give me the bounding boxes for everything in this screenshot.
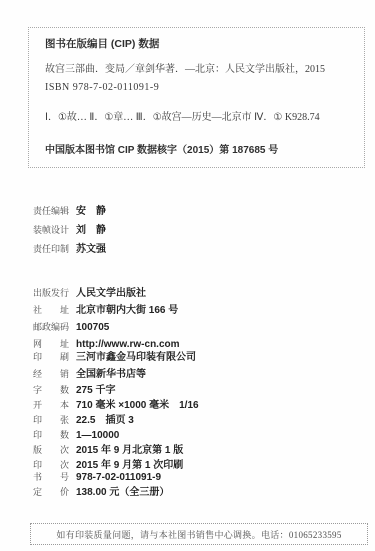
- field-label: 开 本: [33, 398, 71, 413]
- field-value: 275 千字: [76, 383, 115, 398]
- field-value: 1—10000: [76, 428, 119, 443]
- field-value: 138.00 元（全三册）: [76, 485, 169, 500]
- quality-note: 如有印装质量问题，请与本社图书销售中心调换。电话：01065233595: [56, 530, 341, 540]
- field-label: 装帧设计: [33, 221, 71, 239]
- printing-group: 印 刷 三河市鑫金马印装有限公司 经 销 全国新华书店等: [33, 349, 363, 383]
- field-value: 人民文学出版社: [76, 286, 146, 302]
- row-responsible-printer: 责任印制 苏文强: [33, 240, 363, 259]
- field-value: 刘 静: [76, 222, 106, 240]
- field-value: 安 静: [76, 203, 106, 221]
- row-publisher: 出版发行 人民文学出版社: [33, 285, 363, 302]
- field-value: 978-7-02-011091-9: [76, 470, 161, 485]
- field-label: 书 号: [33, 470, 71, 485]
- field-label: 印 数: [33, 428, 71, 443]
- field-label: 邮政编码: [33, 319, 71, 335]
- field-value: 2015 年 9 月北京第 1 版: [76, 443, 183, 458]
- field-label: 社 址: [33, 302, 71, 318]
- row-responsible-editor: 责任编辑 安 静: [33, 202, 363, 221]
- field-label: 定 价: [33, 485, 71, 500]
- row-book-number: 书 号 978-7-02-011091-9: [33, 470, 363, 485]
- row-print-run: 印 数 1—10000: [33, 428, 363, 443]
- field-label: 印 张: [33, 413, 71, 428]
- specs-group: 字 数 275 千字 开 本 710 毫米 ×1000 毫米 1/16 印 张 …: [33, 383, 363, 473]
- row-postal-code: 邮政编码 100705: [33, 319, 363, 336]
- field-label: 出版发行: [33, 285, 71, 301]
- cip-isbn-line: ISBN 978-7-02-011091-9: [45, 81, 356, 94]
- cip-title: 图书在版编目 (CIP) 数据: [45, 38, 356, 51]
- row-word-count: 字 数 275 千字: [33, 383, 363, 398]
- cip-title-statement: 故宫三部曲．变局／章剑华著．—北京：人民文学出版社，2015: [45, 63, 356, 76]
- row-printed-sheets: 印 张 22.5 插页 3: [33, 413, 363, 428]
- field-value: 三河市鑫金马印装有限公司: [76, 350, 196, 366]
- field-value: 710 毫米 ×1000 毫米 1/16: [76, 398, 199, 413]
- field-label: 版 次: [33, 443, 71, 458]
- colophon-page: 图书在版编目 (CIP) 数据 故宫三部曲．变局／章剑华著．—北京：人民文学出版…: [0, 0, 375, 551]
- field-value: 苏文强: [76, 241, 106, 259]
- field-label: 责任编辑: [33, 202, 71, 220]
- row-edition: 版 次 2015 年 9 月北京第 1 版: [33, 443, 363, 458]
- field-value: 北京市朝内大街 166 号: [76, 303, 178, 319]
- pricing-group: 书 号 978-7-02-011091-9 定 价 138.00 元（全三册）: [33, 470, 363, 500]
- field-label: 印 刷: [33, 349, 71, 365]
- staff-group: 责任编辑 安 静 装帧设计 刘 静 责任印制 苏文强: [33, 202, 363, 259]
- row-price: 定 价 138.00 元（全三册）: [33, 485, 363, 500]
- row-binding-designer: 装帧设计 刘 静: [33, 221, 363, 240]
- field-label: 经 销: [33, 366, 71, 382]
- cip-classification-line: Ⅰ．①故… Ⅱ．①章… Ⅲ．①故宫—历史—北京市 Ⅳ．① K928.74: [45, 111, 356, 124]
- cip-data-box: 图书在版编目 (CIP) 数据 故宫三部曲．变局／章剑华著．—北京：人民文学出版…: [28, 27, 365, 168]
- field-value: 100705: [76, 320, 109, 336]
- field-label: 字 数: [33, 383, 71, 398]
- row-address: 社 址 北京市朝内大街 166 号: [33, 302, 363, 319]
- field-value: 全国新华书店等: [76, 367, 146, 383]
- row-distributor: 经 销 全国新华书店等: [33, 366, 363, 383]
- row-format: 开 本 710 毫米 ×1000 毫米 1/16: [33, 398, 363, 413]
- row-printer: 印 刷 三河市鑫金马印装有限公司: [33, 349, 363, 366]
- quality-note-box: 如有印装质量问题，请与本社图书销售中心调换。电话：01065233595: [30, 523, 368, 545]
- publisher-group: 出版发行 人民文学出版社 社 址 北京市朝内大街 166 号 邮政编码 1007…: [33, 285, 363, 353]
- field-label: 责任印制: [33, 240, 71, 258]
- field-value: 22.5 插页 3: [76, 413, 134, 428]
- cip-registration-line: 中国版本图书馆 CIP 数据核字（2015）第 187685 号: [45, 144, 356, 157]
